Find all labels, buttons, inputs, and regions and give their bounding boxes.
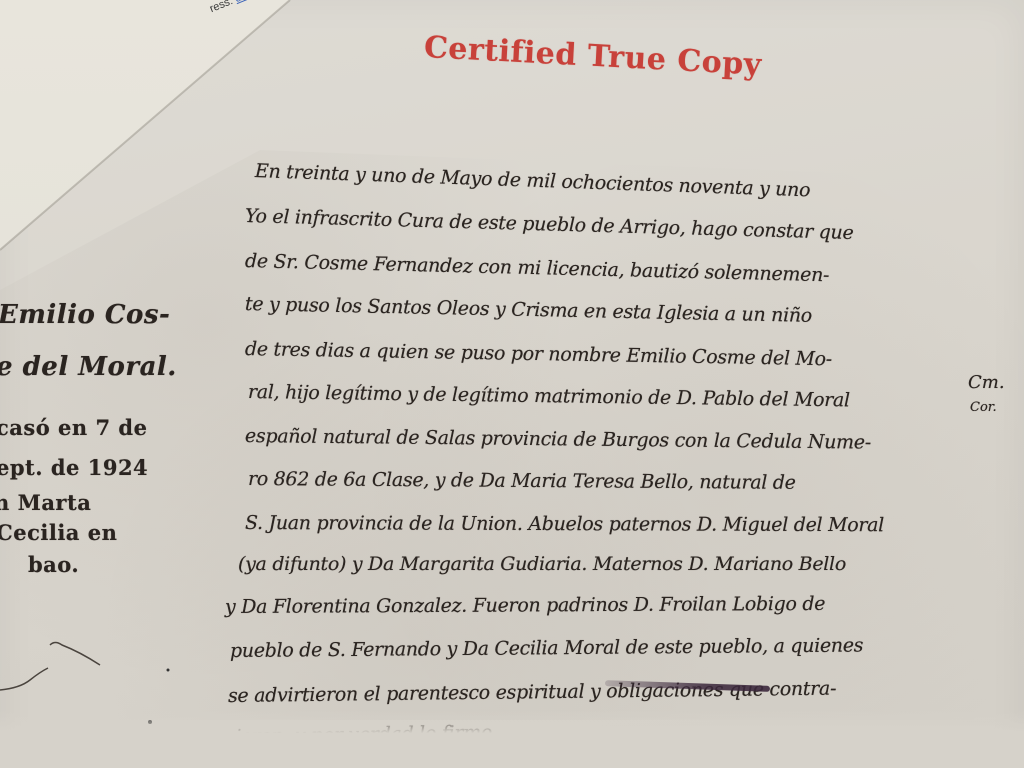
record-line: S. Juan provincia de la Union. Abuelos p…	[245, 512, 884, 536]
record-line: (ya difunto) y Da Margarita Gudiaria. Ma…	[238, 553, 846, 575]
margin-line: bao.	[28, 552, 79, 577]
margin-line: ept. de 1924	[0, 455, 148, 480]
document-photo: ress: dioce Certified True Copy En trein…	[0, 0, 1024, 768]
record-line: ro 862 de 6a Clase, y de Da Maria Teresa…	[248, 468, 796, 494]
margin-line: Cm.	[968, 372, 1005, 393]
margin-line: Emilio Cos-	[0, 300, 170, 330]
record-line: y Da Florentina Gonzalez. Fueron padrino…	[225, 593, 825, 618]
margin-line: casó en 7 de	[0, 415, 147, 440]
margin-line: Cecilia en	[0, 520, 117, 545]
page-bottom-margin	[0, 710, 1024, 768]
margin-line: Cor.	[970, 400, 997, 415]
margin-line: e del Moral.	[0, 352, 177, 382]
margin-line: n Marta	[0, 490, 91, 515]
